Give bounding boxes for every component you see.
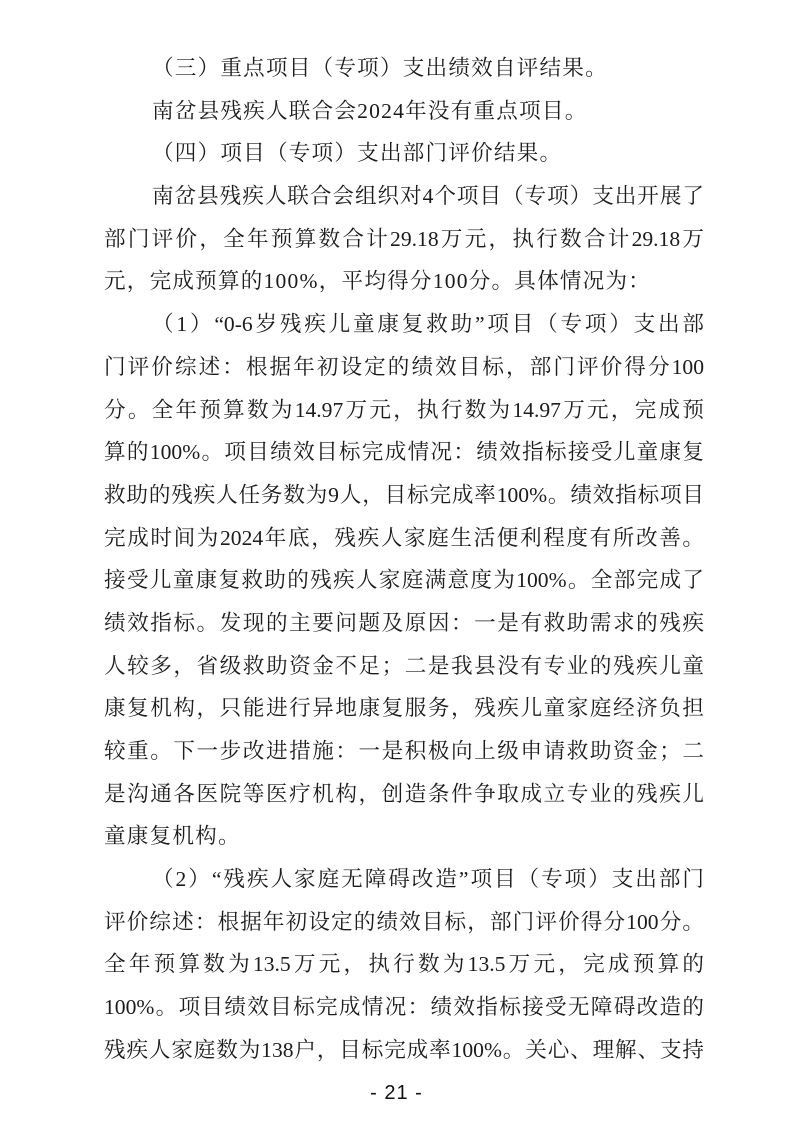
text-line: （三）重点项目（专项）支出绩效自评结果。 [104,47,704,90]
text-line: 康复机构，只能进行异地康复服务，残疾儿童家庭经济负担 [104,687,704,730]
text-line: （1）“0-6岁残疾儿童康复救助”项目（专项）支出部 [104,303,704,346]
text-line: 南岔县残疾人联合会2024年没有重点项目。 [104,90,704,133]
text-line: 人较多，省级救助资金不足；二是我县没有专业的残疾儿童 [104,645,704,688]
text-line: （2）“残疾人家庭无障碍改造”项目（专项）支出部门 [104,858,704,901]
text-line: 残疾人家庭数为138户，目标完成率100%。关心、理解、支持 [104,1029,704,1072]
document-body: （三）重点项目（专项）支出绩效自评结果。 南岔县残疾人联合会2024年没有重点项… [104,47,704,1072]
text-line: 是沟通各医院等医疗机构，创造条件争取成立专业的残疾儿 [104,773,704,816]
text-line: 部门评价，全年预算数合计29.18万元，执行数合计29.18万 [104,218,704,261]
text-line: 全年预算数为13.5万元，执行数为13.5万元，完成预算的 [104,943,704,986]
text-line: 完成时间为2024年底，残疾人家庭生活便利程度有所改善。 [104,517,704,560]
text-line: 100%。项目绩效目标完成情况：绩效指标接受无障碍改造的 [104,986,704,1029]
text-line: 南岔县残疾人联合会组织对4个项目（专项）支出开展了 [104,175,704,218]
text-line: 较重。下一步改进措施：一是积极向上级申请救助资金；二 [104,730,704,773]
page-number: - 21 - [0,1082,793,1105]
text-line: 接受儿童康复救助的残疾人家庭满意度为100%。全部完成了 [104,559,704,602]
text-line: （四）项目（专项）支出部门评价结果。 [104,132,704,175]
text-line: 分。全年预算数为14.97万元，执行数为14.97万元，完成预 [104,389,704,432]
text-line: 算的100%。项目绩效目标完成情况：绩效指标接受儿童康复 [104,431,704,474]
text-line: 门评价综述：根据年初设定的绩效目标，部门评价得分100 [104,346,704,389]
document-page: （三）重点项目（专项）支出绩效自评结果。 南岔县残疾人联合会2024年没有重点项… [0,0,793,1122]
text-line: 元，完成预算的100%，平均得分100分。具体情况为： [104,260,704,303]
text-line: 绩效指标。发现的主要问题及原因：一是有救助需求的残疾 [104,602,704,645]
text-line: 童康复机构。 [104,815,704,858]
text-line: 评价综述：根据年初设定的绩效目标，部门评价得分100分。 [104,901,704,944]
text-line: 救助的残疾人任务数为9人，目标完成率100%。绩效指标项目 [104,474,704,517]
